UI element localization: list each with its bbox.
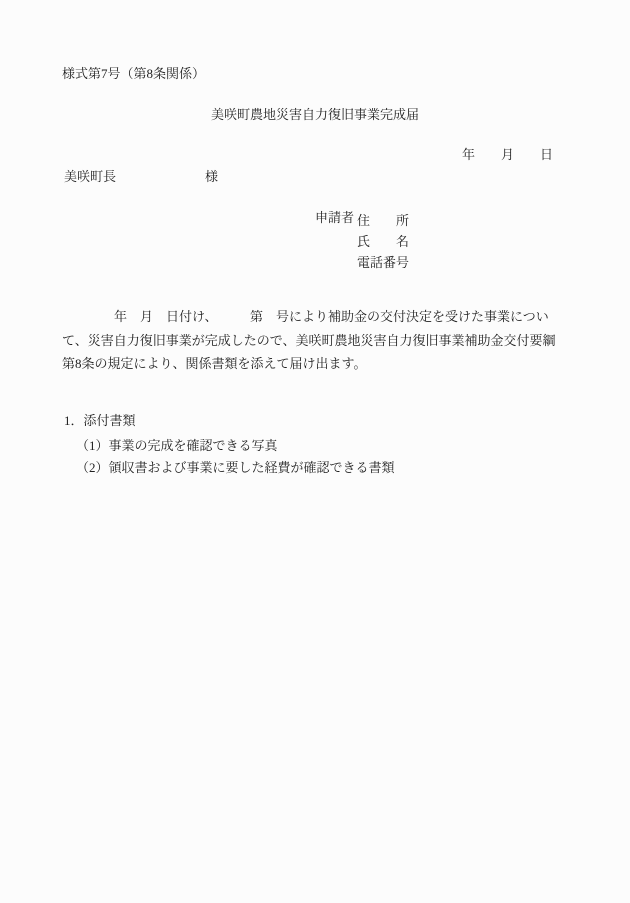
attachment-item-2: （2）領収書および事業に要した経費が確認できる書類 — [76, 457, 395, 479]
applicant-field-phone: 電話番号 — [357, 252, 409, 273]
attachments-heading: 1．添付書類 — [64, 413, 136, 429]
body-line-1: 年 月 日付け、 第 号により補助金の交付決定を受けた事業につい — [62, 305, 555, 329]
addressee-honorific: 様 — [205, 169, 218, 185]
document-page: 様式第7号（第8条関係） 美咲町農地災害自力復旧事業完成届 年 月 日 美咲町長… — [0, 0, 630, 903]
attachments-list: （1）事業の完成を確認できる写真 （2）領収書および事業に要した経費が確認できる… — [76, 435, 395, 479]
date-line: 年 月 日 — [462, 147, 553, 163]
body-line-3: 第8条の規定により、関係書類を添えて届け出ます。 — [62, 352, 555, 376]
applicant-field-address: 住 所 — [357, 210, 409, 231]
applicant-fields: 住 所 氏 名 電話番号 — [357, 210, 409, 273]
applicant-field-name: 氏 名 — [357, 231, 409, 252]
form-number: 様式第7号（第8条関係） — [62, 66, 205, 82]
document-title: 美咲町農地災害自力復旧事業完成届 — [0, 107, 630, 123]
body-line-2: て、災害自力復旧事業が完成したので、美咲町農地災害自力復旧事業補助金交付要綱 — [62, 329, 555, 353]
attachment-item-1: （1）事業の完成を確認できる写真 — [76, 435, 395, 457]
addressee: 美咲町長 — [64, 169, 116, 185]
applicant-label: 申請者 — [315, 210, 354, 226]
body-paragraph: 年 月 日付け、 第 号により補助金の交付決定を受けた事業につい て、災害自力復… — [62, 305, 555, 376]
